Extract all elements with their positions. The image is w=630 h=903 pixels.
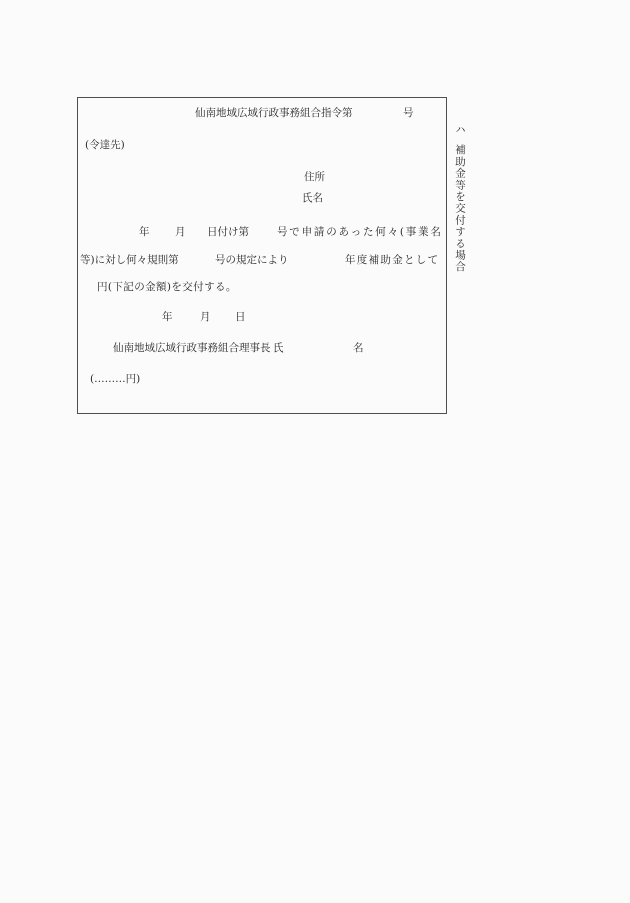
issue-month-label: 月: [200, 311, 211, 323]
grant-directive-form-box: 仙南地域広域行政事務組合指令第 号 (令達先) 住所 氏名 年 月 日付け第 号…: [77, 97, 447, 414]
signer-given-name: 名: [353, 342, 364, 354]
address-label: 住所: [304, 171, 325, 183]
body-regulation: 号の規定により: [215, 254, 289, 266]
recipient-label: (令達先): [85, 139, 125, 151]
issue-day-label: 日: [235, 311, 246, 323]
amount-note: (………円): [90, 373, 140, 385]
document-page: 仙南地域広域行政事務組合指令第 号 (令達先) 住所 氏名 年 月 日付け第 号…: [0, 0, 630, 903]
name-label: 氏名: [302, 192, 323, 204]
body-date-prefix: 日付け第: [207, 226, 249, 238]
directive-number-suffix: 号: [403, 107, 414, 119]
body-month-label: 月: [175, 226, 186, 238]
section-title-label: 補助金等を交付する場合: [454, 144, 466, 273]
signer-title: 仙南地域広域行政事務組合理事長: [113, 342, 271, 354]
section-index-label: ハ: [454, 124, 466, 136]
body-application: 号で申請のあった何々(事業名: [277, 226, 443, 238]
signer-family-name: 氏: [273, 342, 284, 354]
issue-year-label: 年: [162, 311, 173, 323]
body-continuation: 等)に対し何々規則第: [80, 254, 179, 266]
body-fiscal-year: 年度補助金として: [345, 254, 439, 266]
body-year-label: 年: [139, 226, 150, 238]
body-grant-sentence: 円(下記の金額)を交付する。: [97, 281, 237, 293]
directive-org-number: 仙南地域広域行政事務組合指令第: [195, 107, 353, 119]
